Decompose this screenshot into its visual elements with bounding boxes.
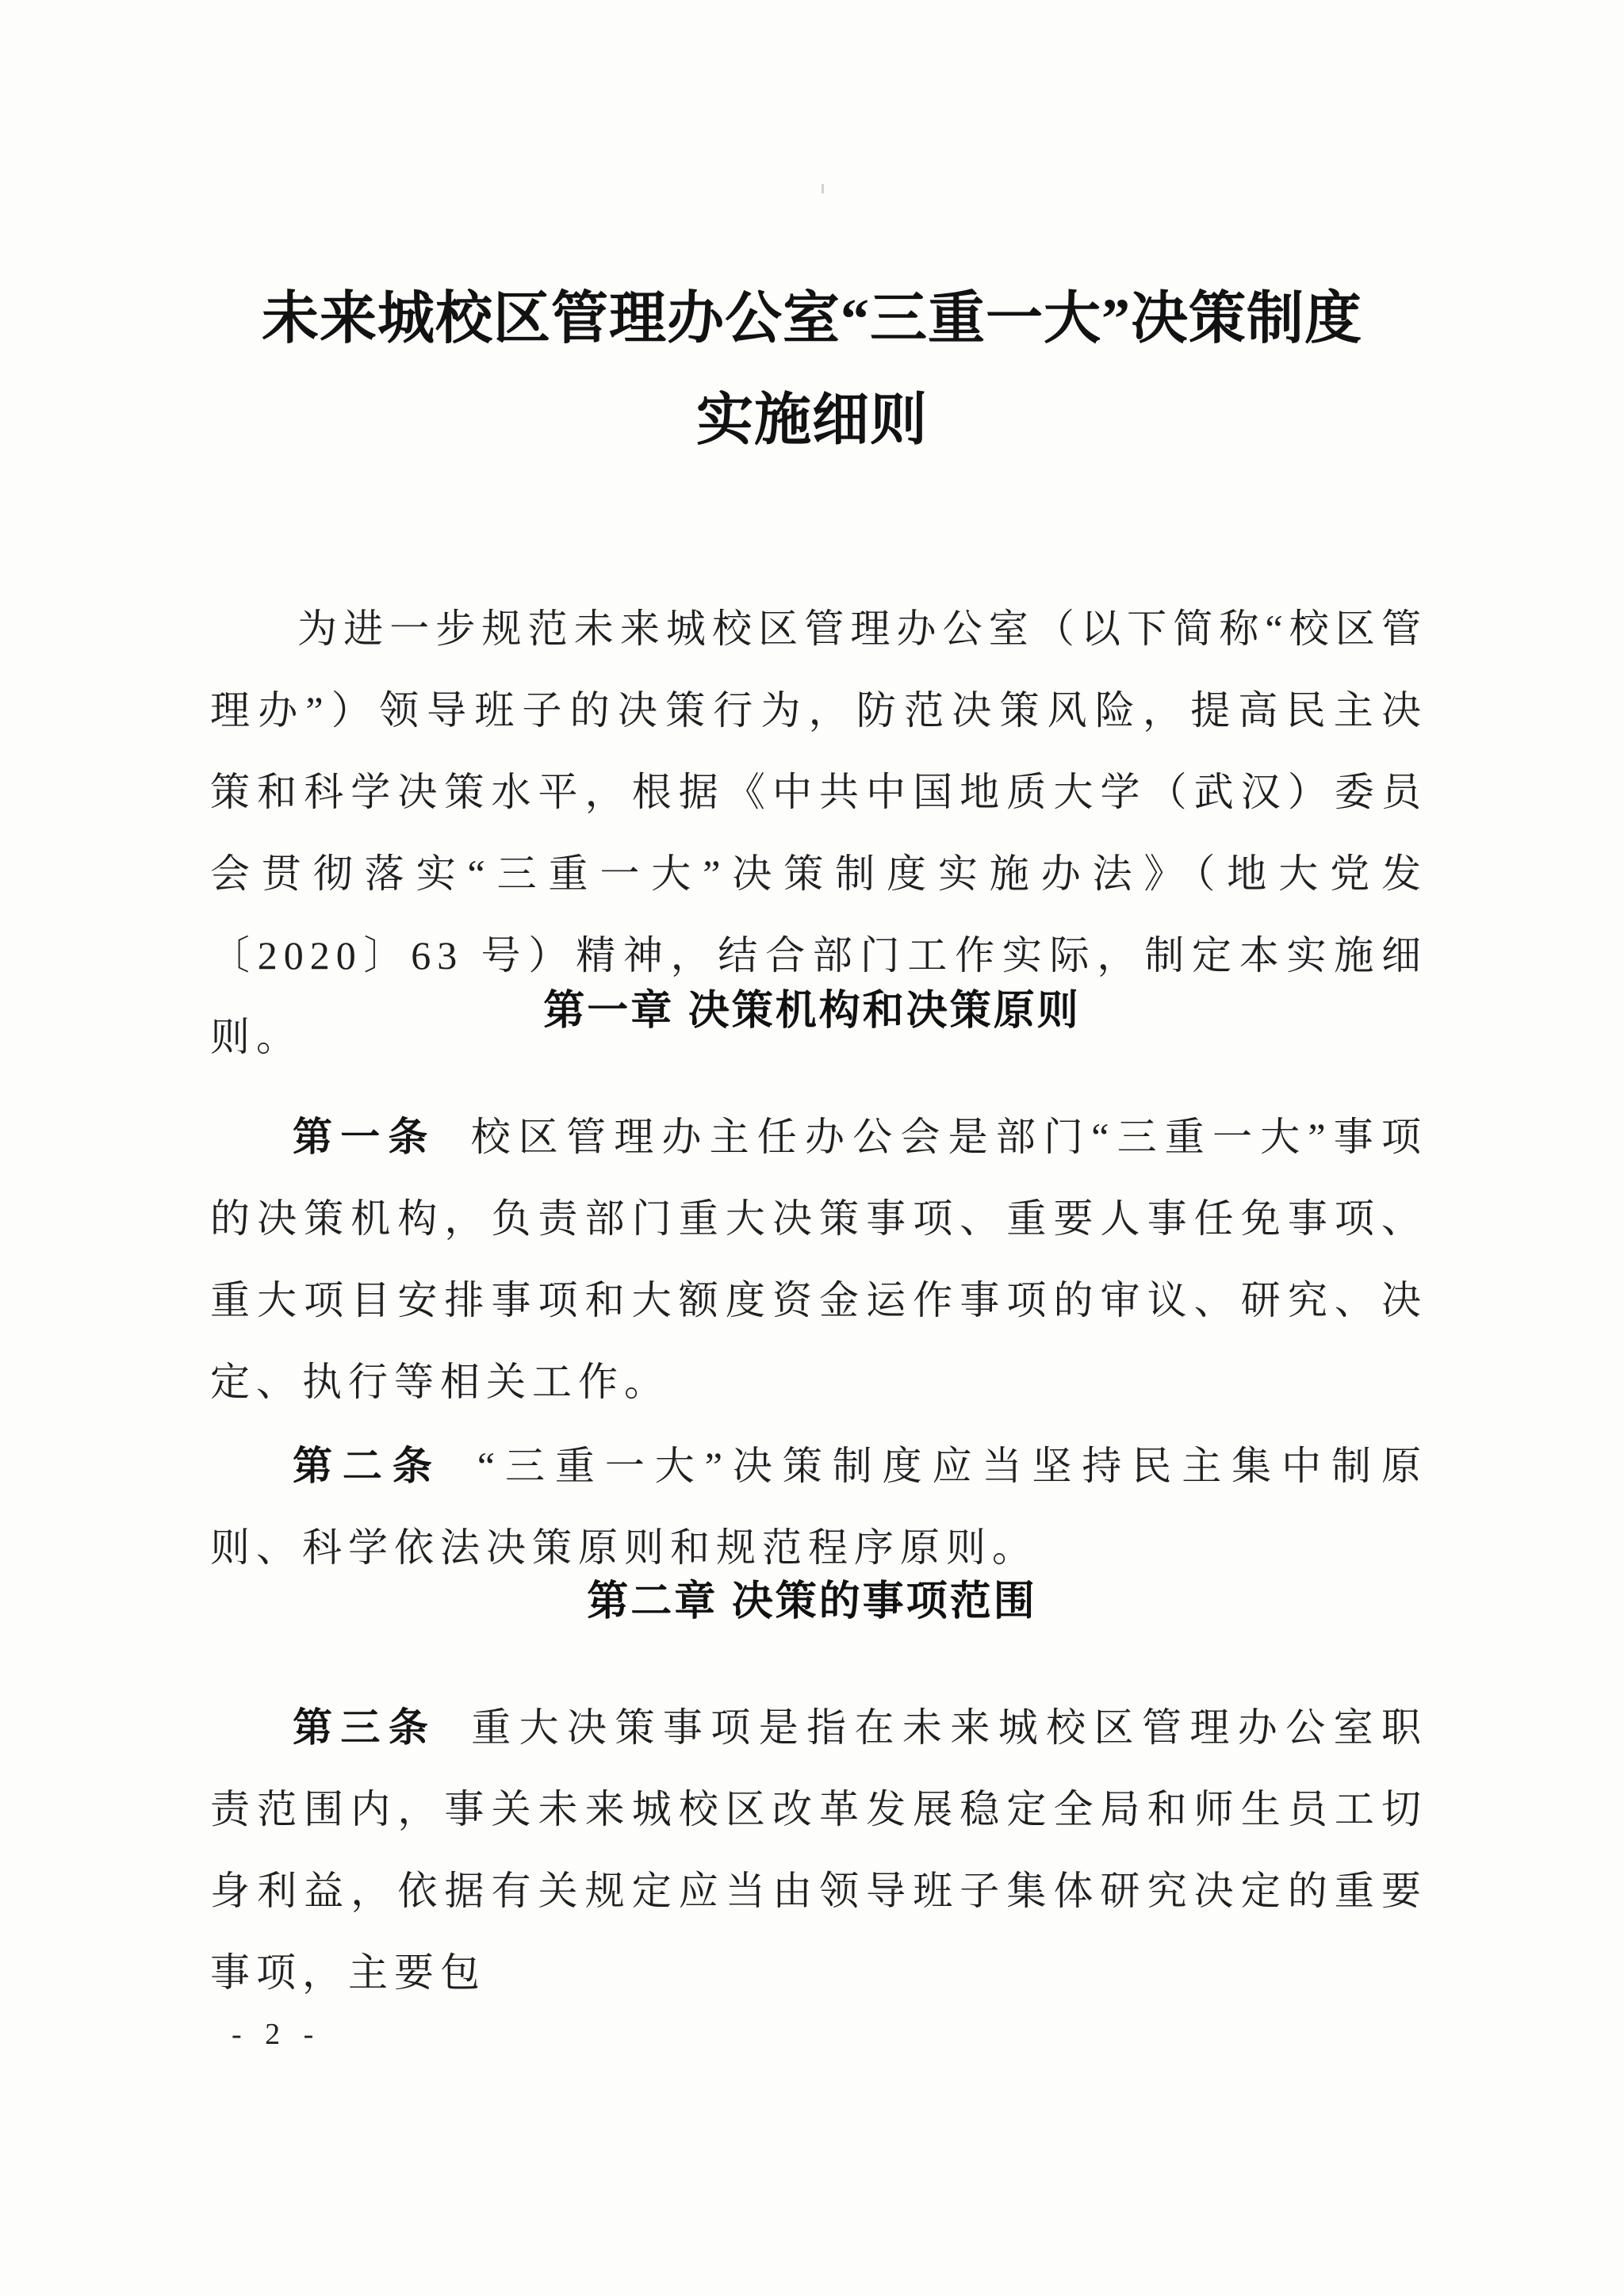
article-3-paragraph: 第三条重大决策事项是指在未来城校区管理办公室职责范围内，事关未来城校区改革发展稳… bbox=[210, 1687, 1427, 2014]
chapter-1-heading: 第一章 决策机构和决策原则 bbox=[0, 971, 1624, 1050]
scan-artifact bbox=[822, 184, 824, 193]
document-title-line2: 实施细则 bbox=[0, 369, 1624, 471]
document-page: 未来城校区管理办公室“三重一大”决策制度 实施细则 为进一步规范未来城校区管理办… bbox=[0, 0, 1624, 2296]
page-number: - 2 - bbox=[232, 2017, 321, 2052]
document-title: 未来城校区管理办公室“三重一大”决策制度 实施细则 bbox=[0, 268, 1624, 471]
chapter-2-heading: 第二章 决策的事项范围 bbox=[0, 1562, 1624, 1641]
article-1-label: 第一条 bbox=[293, 1115, 436, 1159]
document-title-line1: 未来城校区管理办公室“三重一大”决策制度 bbox=[0, 268, 1624, 369]
article-3-label: 第三条 bbox=[293, 1705, 436, 1750]
article-1-paragraph: 第一条校区管理办主任办公会是部门“三重一大”事项的决策机构，负责部门重大决策事项… bbox=[210, 1096, 1427, 1423]
article-2-label: 第二条 bbox=[293, 1444, 442, 1488]
